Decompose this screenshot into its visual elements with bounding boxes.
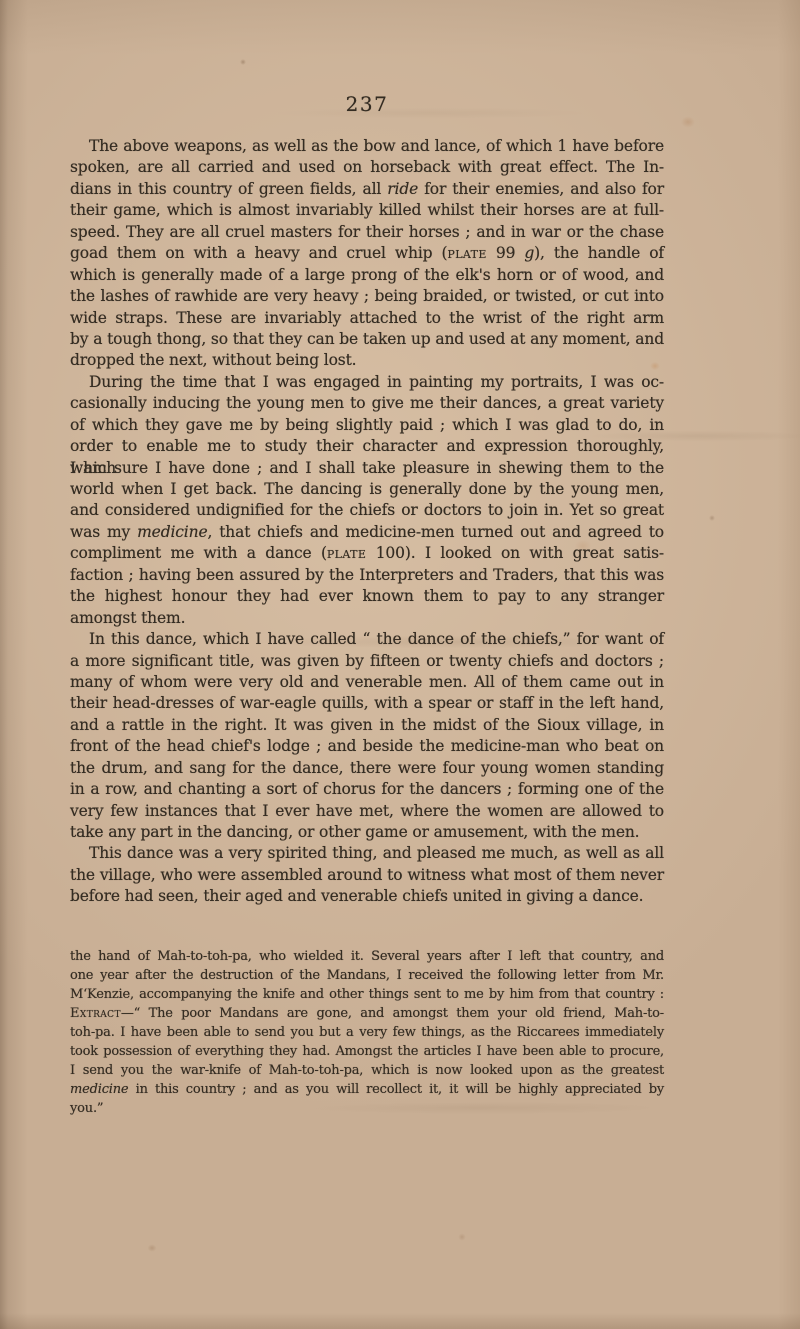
page-content: 237 The above weapons, as well as the bo… — [70, 0, 664, 1329]
text-line: the lashes of rawhide are very heavy ; b… — [70, 286, 664, 307]
text-line: their game, which is almost invariably k… — [70, 200, 664, 221]
text-line: order to enable me to study their charac… — [70, 436, 664, 457]
text-segment: a more significant title, was given by f… — [70, 652, 664, 670]
text-segment: goad them on with a heavy and cruel whip… — [70, 244, 447, 262]
text-segment: casionally inducing the young men to giv… — [70, 394, 664, 412]
text-line: one year after the destruction of the Ma… — [70, 966, 664, 985]
text-line: goad them on with a heavy and cruel whip… — [70, 243, 664, 264]
footnote-block: the hand of Mah-to-toh-pa, who wielded i… — [70, 947, 664, 1118]
text-segment: amongst them. — [70, 609, 185, 627]
text-segment: for their enemies, and also for — [418, 180, 664, 198]
text-line: toh-pa. I have been able to send you but… — [70, 1023, 664, 1042]
text-line: wide straps. These are invariably attach… — [70, 308, 664, 329]
text-segment: M‘Kenzie, accompanying the knife and oth… — [70, 987, 664, 1002]
text-segment: the highest honour they had ever known t… — [70, 587, 664, 605]
text-segment: I am sure I have done ; and I shall take… — [70, 459, 664, 477]
text-line: was my medicine, that chiefs and medicin… — [70, 522, 664, 543]
text-line: many of whom were very old and venerable… — [70, 672, 664, 693]
text-line: their head-dresses of war-eagle quills, … — [70, 693, 664, 714]
text-segment: —“ The poor Mandans are gone, and amongs… — [121, 1006, 664, 1021]
text-segment: front of the head chief's lodge ; and be… — [70, 737, 664, 755]
text-line: world when I get back. The dancing is ge… — [70, 479, 664, 500]
text-line: in a row, and chanting a sort of chorus … — [70, 779, 664, 800]
text-line: of which they gave me by being slightly … — [70, 415, 664, 436]
text-segment: 99 — [487, 244, 525, 262]
text-segment: the village, who were assembled around t… — [70, 866, 664, 884]
text-line: dropped the next, without being lost. — [70, 350, 664, 371]
text-line: compliment me with a dance (plate 100). … — [70, 543, 664, 564]
text-segment: in this country ; and as you will recoll… — [128, 1082, 664, 1097]
text-segment: of which they gave me by being slightly … — [70, 416, 664, 434]
paragraph: In this dance, which I have called “ the… — [70, 629, 664, 843]
text-line: by a tough thong, so that they can be ta… — [70, 329, 664, 350]
small-caps-text: plate — [447, 244, 486, 262]
text-line: The above weapons, as well as the bow an… — [70, 136, 664, 157]
text-line: front of the head chief's lodge ; and be… — [70, 736, 664, 757]
italic-text: medicine — [70, 1082, 128, 1097]
paragraph: This dance was a very spirited thing, an… — [70, 843, 664, 907]
text-segment: and a rattle in the right. It was given … — [70, 716, 664, 734]
text-line: speed. They are all cruel masters for th… — [70, 222, 664, 243]
text-segment: In this dance, which I have called “ the… — [89, 630, 664, 648]
text-line: the drum, and sang for the dance, there … — [70, 758, 664, 779]
text-line: casionally inducing the young men to giv… — [70, 393, 664, 414]
text-segment: one year after the destruction of the Ma… — [70, 968, 664, 983]
text-line: which is generally made of a large prong… — [70, 265, 664, 286]
paragraph: the hand of Mah-to-toh-pa, who wielded i… — [70, 947, 664, 1118]
text-line: and considered undignified for the chief… — [70, 500, 664, 521]
text-line: spoken, are all carried and used on hors… — [70, 157, 664, 178]
italic-text: g — [524, 244, 534, 262]
text-segment: toh-pa. I have been able to send you but… — [70, 1025, 664, 1040]
text-line: the village, who were assembled around t… — [70, 865, 664, 886]
text-line: dians in this country of green fields, a… — [70, 179, 664, 200]
text-line: I am sure I have done ; and I shall take… — [70, 458, 664, 479]
main-text-block: The above weapons, as well as the bow an… — [70, 136, 664, 908]
text-line: M‘Kenzie, accompanying the knife and oth… — [70, 985, 664, 1004]
text-segment: the hand of Mah-to-toh-pa, who wielded i… — [70, 949, 664, 964]
text-segment: the drum, and sang for the dance, there … — [70, 759, 664, 777]
text-line: the highest honour they had ever known t… — [70, 586, 664, 607]
text-segment: very few instances that I ever have met,… — [70, 802, 664, 820]
text-line: medicine in this country ; and as you wi… — [70, 1080, 664, 1099]
text-line: faction ; having been assured by the Int… — [70, 565, 664, 586]
text-line: before had seen, their aged and venerabl… — [70, 886, 664, 907]
text-line: This dance was a very spirited thing, an… — [70, 843, 664, 864]
text-line: a more significant title, was given by f… — [70, 651, 664, 672]
text-segment: in a row, and chanting a sort of chorus … — [70, 780, 664, 798]
text-segment: , that chiefs and medicine-men turned ou… — [207, 523, 664, 541]
text-segment: the lashes of rawhide are very heavy ; b… — [70, 287, 664, 305]
text-segment: This dance was a very spirited thing, an… — [89, 844, 664, 862]
text-segment: their game, which is almost invariably k… — [70, 201, 664, 219]
text-segment: The above weapons, as well as the bow an… — [89, 137, 664, 155]
paragraph: During the time that I was engaged in pa… — [70, 372, 664, 629]
page-number: 237 — [70, 92, 664, 116]
text-segment: wide straps. These are invariably attach… — [70, 309, 664, 327]
text-segment: world when I get back. The dancing is ge… — [70, 480, 664, 498]
text-line: took possession of everything they had. … — [70, 1042, 664, 1061]
text-segment: compliment me with a dance ( — [70, 544, 327, 562]
text-line: you.” — [70, 1099, 664, 1118]
text-segment: before had seen, their aged and venerabl… — [70, 887, 643, 905]
text-line: I send you the war-knife of Mah-to-toh-p… — [70, 1061, 664, 1080]
text-segment: faction ; having been assured by the Int… — [70, 566, 664, 584]
text-line: and a rattle in the right. It was given … — [70, 715, 664, 736]
small-caps-text: plate — [327, 544, 366, 562]
text-segment: and considered undignified for the chief… — [70, 501, 664, 519]
text-segment: you.” — [70, 1101, 103, 1116]
text-line: amongst them. — [70, 608, 664, 629]
text-segment: many of whom were very old and venerable… — [70, 673, 664, 691]
text-segment: dians in this country of green fields, a… — [70, 180, 387, 198]
text-segment: spoken, are all carried and used on hors… — [70, 158, 664, 176]
paragraph: The above weapons, as well as the bow an… — [70, 136, 664, 372]
text-line: Extract—“ The poor Mandans are gone, and… — [70, 1004, 664, 1023]
text-segment: by a tough thong, so that they can be ta… — [70, 330, 664, 348]
italic-text: ride — [387, 180, 418, 198]
italic-text: medicine — [137, 523, 207, 541]
text-segment: speed. They are all cruel masters for th… — [70, 223, 664, 241]
text-line: very few instances that I ever have met,… — [70, 801, 664, 822]
small-caps-text: Extract — [70, 1006, 121, 1021]
text-segment: which is generally made of a large prong… — [70, 266, 664, 284]
text-segment: 100). I looked on with great satis- — [366, 544, 664, 562]
text-segment: was my — [70, 523, 137, 541]
text-segment: dropped the next, without being lost. — [70, 351, 356, 369]
text-line: In this dance, which I have called “ the… — [70, 629, 664, 650]
text-segment: During the time that I was engaged in pa… — [89, 373, 664, 391]
text-segment: took possession of everything they had. … — [70, 1044, 664, 1059]
text-line: During the time that I was engaged in pa… — [70, 372, 664, 393]
text-line: take any part in the dancing, or other g… — [70, 822, 664, 843]
text-segment: ), the handle of — [534, 244, 664, 262]
text-line: the hand of Mah-to-toh-pa, who wielded i… — [70, 947, 664, 966]
text-segment: I send you the war-knife of Mah-to-toh-p… — [70, 1063, 664, 1078]
text-segment: take any part in the dancing, or other g… — [70, 823, 639, 841]
text-segment: their head-dresses of war-eagle quills, … — [70, 694, 664, 712]
book-page: 237 The above weapons, as well as the bo… — [0, 0, 800, 1329]
